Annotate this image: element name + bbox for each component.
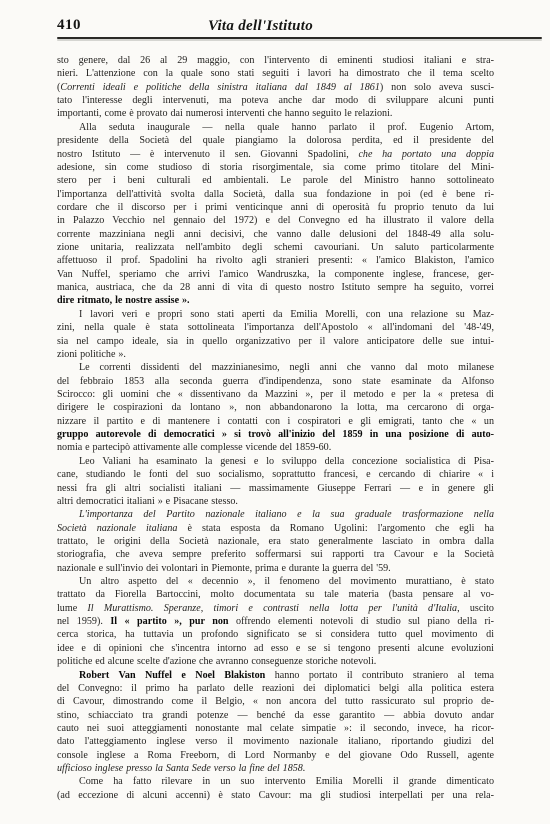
text-segment: nostro Istituto — è intervenuto il sen. …: [57, 149, 358, 160]
text-segment: gruppo autorevole di democratici » si tr…: [57, 429, 494, 440]
text-line: zini, nella quale è stata sottolineata l…: [57, 321, 494, 334]
text-segment: trattato, le origini della Società nazio…: [57, 536, 494, 547]
text-segment: adesione, sin come studioso di storia ri…: [57, 162, 494, 173]
text-segment: Il « partito », pur non: [110, 616, 228, 627]
book-page: 410 Vita dell'Istituto sto genere, dal 2…: [0, 0, 550, 824]
text-segment: Scirocco: gli uomini che « dissentivano …: [57, 389, 494, 400]
text-segment: nieri. L'attenzione con la quale sono st…: [57, 68, 494, 79]
text-segment: è stata esposta da Romano Ugolini: l'arg…: [177, 523, 494, 534]
text-line: presidente della Società del quale piang…: [57, 134, 494, 147]
text-segment: del febbraio 1853 alla seconda guerra d'…: [57, 376, 494, 387]
text-segment: corrente mazziniana negli anni decisivi,…: [57, 229, 494, 240]
text-line: cerca storica, ha tuttavia un profondo s…: [57, 628, 494, 641]
text-line: Van Nuffel, speriamo che arrivi l'amico …: [57, 268, 494, 281]
text-line: zioni politiche ».: [57, 348, 494, 361]
text-segment: nizzare il partito e di mantenere i cont…: [57, 416, 494, 427]
text-segment: presidente della Società del quale piang…: [57, 135, 494, 146]
text-line: trattato, le origini della Società nazio…: [57, 535, 494, 548]
text-segment: Robert Van Nuffel e Noel Blakiston: [79, 670, 265, 681]
text-line: Alla seduta inaugurale — nella quale han…: [57, 121, 494, 134]
text-line: zione unitaria, realizzata nell'ambito d…: [57, 241, 494, 254]
running-title: Vita dell'Istituto: [57, 18, 464, 35]
text-line: di Cavour, dimostrando come il Belgio, «…: [57, 695, 494, 708]
text-segment: nessi fra gli altri socialisti italiani …: [57, 483, 494, 494]
text-line: Robert Van Nuffel e Noel Blakiston hanno…: [57, 669, 494, 682]
text-line: cauto nei suoi atteggiamenti nonostante …: [57, 722, 494, 735]
text-segment: dire ritmato, le nostre assise ».: [57, 295, 190, 306]
text-line: Scirocco: gli uomini che « dissentivano …: [57, 388, 494, 401]
text-line: Le correnti dissidenti del mazzinianesim…: [57, 361, 494, 374]
text-segment: nazionale e sull'invio dei volontari in …: [57, 563, 391, 574]
text-segment: cane, studiando le fonti del suo sociali…: [57, 469, 494, 480]
text-segment: nel 1959).: [57, 616, 110, 627]
text-line: importanti, come è provato dai numerosi …: [57, 107, 494, 120]
text-segment: lume: [57, 603, 87, 614]
text-line: nessi fra gli altri socialisti italiani …: [57, 482, 494, 495]
text-segment: L'importanza del Partito nazionale itali…: [79, 509, 494, 520]
text-line: (ad eccezione di alcuni accenni) è stato…: [57, 789, 494, 802]
text-line: lume Il Murattismo. Speranze, timori e c…: [57, 602, 494, 615]
text-segment: (ad eccezione di alcuni accenni) è stato…: [57, 790, 494, 801]
text-segment: altri democratici italiani » e Pisacane …: [57, 496, 238, 507]
text-segment: sia nel campo ideale, sia in quello orga…: [57, 336, 494, 347]
text-line: console inglese a Roma Freeborn, di Lord…: [57, 749, 494, 762]
text-segment: Leo Valiani ha esaminato la genesi e lo …: [79, 456, 494, 467]
text-line: nazionale e sull'invio dei volontari in …: [57, 562, 494, 575]
text-segment: storiografia, che aveva sempre preferito…: [57, 549, 494, 560]
text-segment: I lavori veri e propri sono stati aperti…: [79, 309, 494, 320]
text-segment: zini, nella quale è stata sottolineata l…: [57, 322, 494, 333]
text-segment: offrendo elementi notevoli di studio sul…: [229, 616, 494, 627]
text-line: dire ritmato, le nostre assise ».: [57, 294, 494, 307]
text-segment: trattato da Fiorella Bartoccini, molto d…: [57, 589, 494, 600]
running-head: 410 Vita dell'Istituto: [57, 17, 494, 35]
text-line: corrente mazziniana negli anni decisivi,…: [57, 228, 494, 241]
text-line: sto genere, dal 26 al 29 maggio, con l'i…: [57, 54, 494, 67]
text-segment: hanno portato il contributo straniero al…: [265, 670, 494, 681]
text-segment: politiche ed alcune scelte d'azione che …: [57, 656, 376, 667]
text-line: L'importanza del Partito nazionale itali…: [57, 508, 494, 521]
text-line: nomia e partecipò attivamente alle compl…: [57, 441, 494, 454]
text-line: (Correnti ideali e politiche della sinis…: [57, 81, 494, 94]
text-line: ufficioso inglese presso la Santa Sede v…: [57, 762, 494, 775]
text-line: gruppo autorevole di democratici » si tr…: [57, 428, 494, 441]
text-segment: Van Nuffel, speriamo che arrivi l'amico …: [57, 269, 494, 280]
text-line: nizzare il partito e di mantenere i cont…: [57, 415, 494, 428]
text-segment: cordare che il discorso per i primi vent…: [57, 202, 494, 213]
text-segment: ufficioso inglese presso la Santa Sede v…: [57, 763, 305, 774]
text-line: tato l'interesse degli intervenuti, ma p…: [57, 94, 494, 107]
text-line: politiche ed alcune scelte d'azione che …: [57, 655, 494, 668]
text-segment: Le correnti dissidenti del mazzinianesim…: [79, 362, 494, 373]
text-line: stero per i beni culturali ed ambientali…: [57, 174, 494, 187]
text-line: stino, schiacciato tra grandi potenze — …: [57, 709, 494, 722]
text-line: storiografia, che aveva sempre preferito…: [57, 548, 494, 561]
text-line: sia nel campo ideale, sia in quello orga…: [57, 335, 494, 348]
text-line: Leo Valiani ha esaminato la genesi e lo …: [57, 455, 494, 468]
text-segment: Correnti ideali e politiche della sinist…: [60, 82, 380, 93]
text-segment: nomia e partecipò attivamente alle compl…: [57, 442, 331, 453]
text-segment: Il Murattismo. Speranze, timori e contra…: [87, 603, 457, 614]
text-segment: sto genere, dal 26 al 29 maggio, con l'i…: [57, 55, 494, 66]
text-line: dato l'atteggiamento inglese verso il mo…: [57, 735, 494, 748]
text-line: affettuoso il prof. Spadolini ha rivolto…: [57, 254, 494, 267]
text-segment: l'importanza dell'attività svolta dalla …: [57, 189, 494, 200]
text-segment: manica, austriaca, che da 28 anni di vit…: [57, 282, 494, 293]
text-segment: Un altro aspetto del « decennio », il fe…: [79, 576, 494, 587]
text-line: Un altro aspetto del « decennio », il fe…: [57, 575, 494, 588]
text-segment: stino, schiacciato tra grandi potenze — …: [57, 710, 494, 721]
text-line: idee e di opinioni che s'incentra intorn…: [57, 642, 494, 655]
text-segment: Società nazionale italiana: [57, 523, 177, 534]
text-line: altri democratici italiani » e Pisacane …: [57, 495, 494, 508]
text-line: dirigere le cospirazioni da lontano », n…: [57, 401, 494, 414]
text-line: trattato da Fiorella Bartoccini, molto d…: [57, 588, 494, 601]
text-segment: idee e di opinioni che s'incentra intorn…: [57, 643, 494, 654]
text-line: nieri. L'attenzione con la quale sono st…: [57, 67, 494, 80]
page-body: sto genere, dal 26 al 29 maggio, con l'i…: [57, 54, 494, 802]
text-segment: cerca storica, ha tuttavia un profondo s…: [57, 629, 494, 640]
text-line: cordare che il discorso per i primi vent…: [57, 201, 494, 214]
text-segment: affettuoso il prof. Spadolini ha rivolto…: [57, 255, 494, 266]
text-line: nel 1959). Il « partito », pur non offre…: [57, 615, 494, 628]
text-segment: di Cavour, dimostrando come il Belgio, «…: [57, 696, 494, 707]
text-segment: in Palazzo Vecchio nel gennaio del 1972)…: [57, 215, 494, 226]
text-segment: stero per i beni culturali ed ambientali…: [57, 175, 494, 186]
text-line: in Palazzo Vecchio nel gennaio del 1972)…: [57, 214, 494, 227]
text-line: cane, studiando le fonti del suo sociali…: [57, 468, 494, 481]
text-line: manica, austriaca, che da 28 anni di vit…: [57, 281, 494, 294]
text-segment: dirigere le cospirazioni da lontano », n…: [57, 402, 494, 413]
text-line: adesione, sin come studioso di storia ri…: [57, 161, 494, 174]
header-rule: [57, 37, 542, 39]
text-segment: Come ha fatto rilevare in un suo interve…: [79, 776, 494, 787]
text-segment: cauto nei suoi atteggiamenti nonostante …: [57, 723, 494, 734]
text-segment: zioni politiche ».: [57, 349, 126, 360]
text-line: l'importanza dell'attività svolta dalla …: [57, 188, 494, 201]
text-segment: , uscito: [457, 603, 494, 614]
text-line: I lavori veri e propri sono stati aperti…: [57, 308, 494, 321]
text-line: Come ha fatto rilevare in un suo interve…: [57, 775, 494, 788]
text-segment: importanti, come è provato dai numerosi …: [57, 108, 392, 119]
text-line: nostro Istituto — è intervenuto il sen. …: [57, 148, 494, 161]
text-segment: console inglese a Roma Freeborn, di Lord…: [57, 750, 494, 761]
text-segment: ) non solo aveva susci-: [380, 82, 494, 93]
text-segment: Alla seduta inaugurale — nella quale han…: [79, 122, 494, 133]
text-segment: dato l'atteggiamento inglese verso il mo…: [57, 736, 494, 747]
text-segment: che ha portato una doppia: [358, 149, 494, 160]
text-segment: zione unitaria, realizzata nell'ambito d…: [57, 242, 494, 253]
text-segment: del Convegno: il primo ha parlato delle …: [57, 683, 494, 694]
text-segment: tato l'interesse degli intervenuti, ma p…: [57, 95, 494, 106]
text-line: del febbraio 1853 alla seconda guerra d'…: [57, 375, 494, 388]
text-line: del Convegno: il primo ha parlato delle …: [57, 682, 494, 695]
text-line: Società nazionale italiana è stata espos…: [57, 522, 494, 535]
